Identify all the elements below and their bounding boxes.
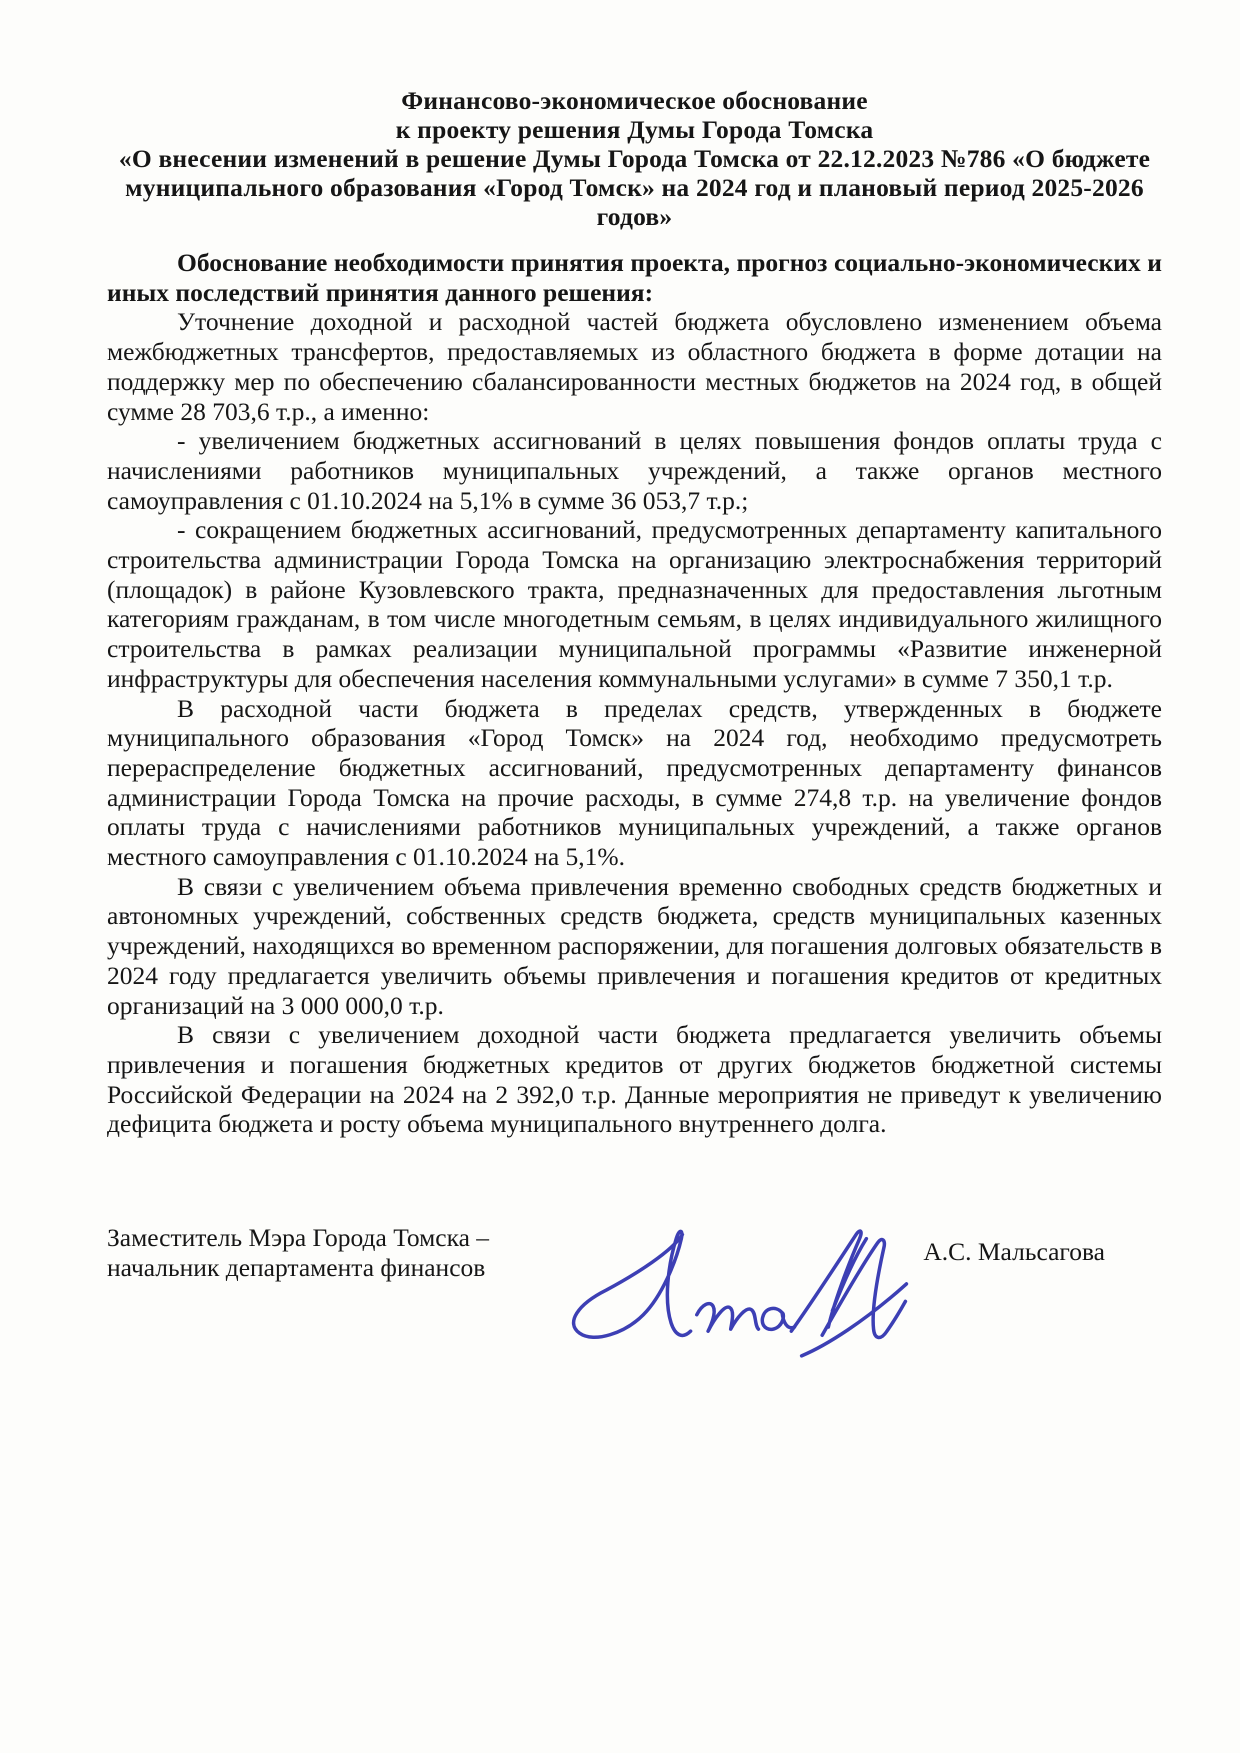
title-line-2: к проекту решения Думы Города Томска <box>107 115 1162 144</box>
paragraph-expenditure-redistribution: В расходной части бюджета в пределах сре… <box>107 694 1162 872</box>
paragraph-decrease-allocations: - сокращением бюджетных ассигнований, пр… <box>107 515 1162 693</box>
document-body: Обоснование необходимости принятия проек… <box>107 248 1162 1139</box>
signature-ink-strokes <box>574 1231 907 1356</box>
handwritten-signature <box>557 1213 927 1363</box>
document-page: Финансово-экономическое обоснование к пр… <box>0 0 1240 1753</box>
signatory-position: Заместитель Мэра Города Томска – начальн… <box>107 1223 587 1283</box>
signatory-name: А.С. Мальсагова <box>923 1237 1105 1267</box>
signatory-position-line-1: Заместитель Мэра Города Томска – <box>107 1223 587 1253</box>
paragraph-increase-allocations: - увеличением бюджетных ассигнований в ц… <box>107 426 1162 515</box>
document-title: Финансово-экономическое обоснование к пр… <box>107 86 1162 231</box>
title-line-1: Финансово-экономическое обоснование <box>107 86 1162 115</box>
title-line-3: «О внесении изменений в решение Думы Гор… <box>107 144 1162 231</box>
signatory-position-line-2: начальник департамента финансов <box>107 1253 587 1283</box>
signature-block: Заместитель Мэра Города Томска – начальн… <box>107 1223 1162 1423</box>
paragraph-credit-organizations: В связи с увеличением объема привлечения… <box>107 872 1162 1021</box>
paragraph-budget-credits: В связи с увеличением доходной части бюд… <box>107 1020 1162 1139</box>
body-heading: Обоснование необходимости принятия проек… <box>107 248 1162 307</box>
paragraph-revenue-adjustment: Уточнение доходной и расходной частей бю… <box>107 307 1162 426</box>
